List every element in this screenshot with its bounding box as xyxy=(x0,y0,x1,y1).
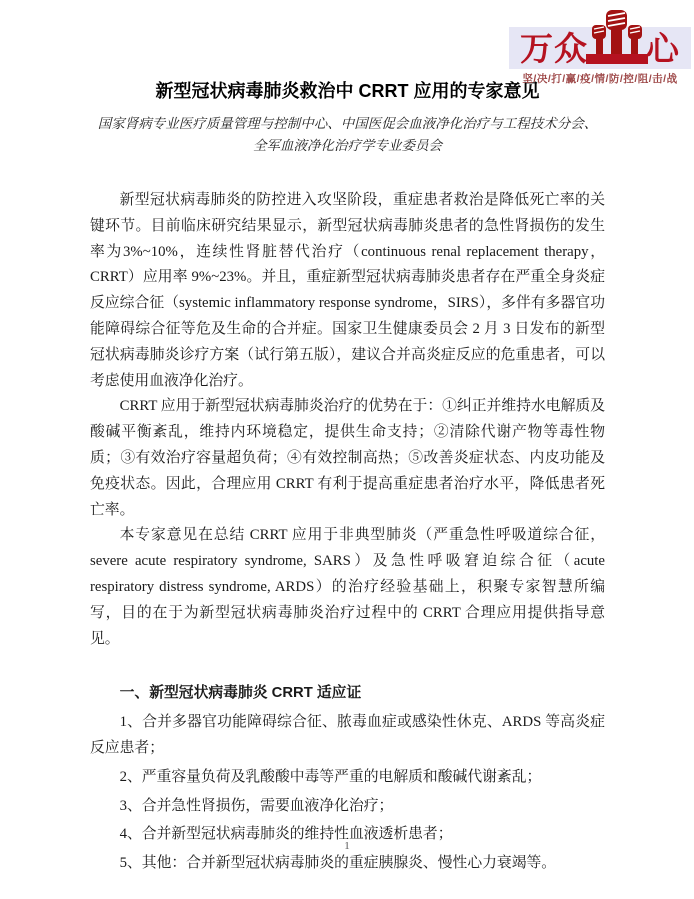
paragraph-advantages: CRRT 应用于新型冠状病毒肺炎治疗的优势在于：①纠正并维持水电解质及酸碱平衡紊… xyxy=(90,394,605,523)
unity-logo-slogan: 坚/决/打/赢/疫/情/防/控/阻/击/战 xyxy=(509,71,691,86)
paragraph-intro: 新型冠状病毒肺炎的防控进入攻坚阶段，重症患者救治是降低死亡率的关键环节。目前临床… xyxy=(90,188,605,394)
document-subtitle: 国家肾病专业医疗质量管理与控制中心、中国医促会血液净化治疗与工程技术分会、全军血… xyxy=(95,113,600,157)
raised-fists-icon xyxy=(586,27,648,69)
list-item: 5、其他：合并新型冠状病毒肺炎的重症胰腺炎、慢性心力衰竭等。 xyxy=(90,851,605,877)
unity-logo-banner: 万众 xyxy=(509,27,691,69)
list-item: 1、合并多器官功能障碍综合征、脓毒血症或感染性休克、ARDS 等高炎症反应患者； xyxy=(90,710,605,762)
page-number: 1 xyxy=(0,840,694,852)
document-content: 新型冠状病毒肺炎救治中 CRRT 应用的专家意见 国家肾病专业医疗质量管理与控制… xyxy=(0,0,694,877)
paragraph-purpose: 本专家意见在总结 CRRT 应用于非典型肺炎（严重急性呼吸道综合征，severe… xyxy=(90,523,605,652)
section-heading-indications: 一、新型冠状病毒肺炎 CRRT 适应证 xyxy=(90,681,605,707)
unity-logo-text-left: 万众 xyxy=(520,32,588,65)
list-item: 3、合并急性肾损伤，需要血液净化治疗； xyxy=(90,794,605,820)
unity-logo: 万众 xyxy=(509,12,691,86)
list-item: 2、严重容量负荷及乳酸酸中毒等严重的电解质和酸碱代谢紊乱； xyxy=(90,765,605,791)
document-page: 万众 xyxy=(0,0,694,899)
document-body: 新型冠状病毒肺炎的防控进入攻坚阶段，重症患者救治是降低死亡率的关键环节。目前临床… xyxy=(90,188,605,877)
unity-logo-text-right: 心 xyxy=(646,32,680,65)
